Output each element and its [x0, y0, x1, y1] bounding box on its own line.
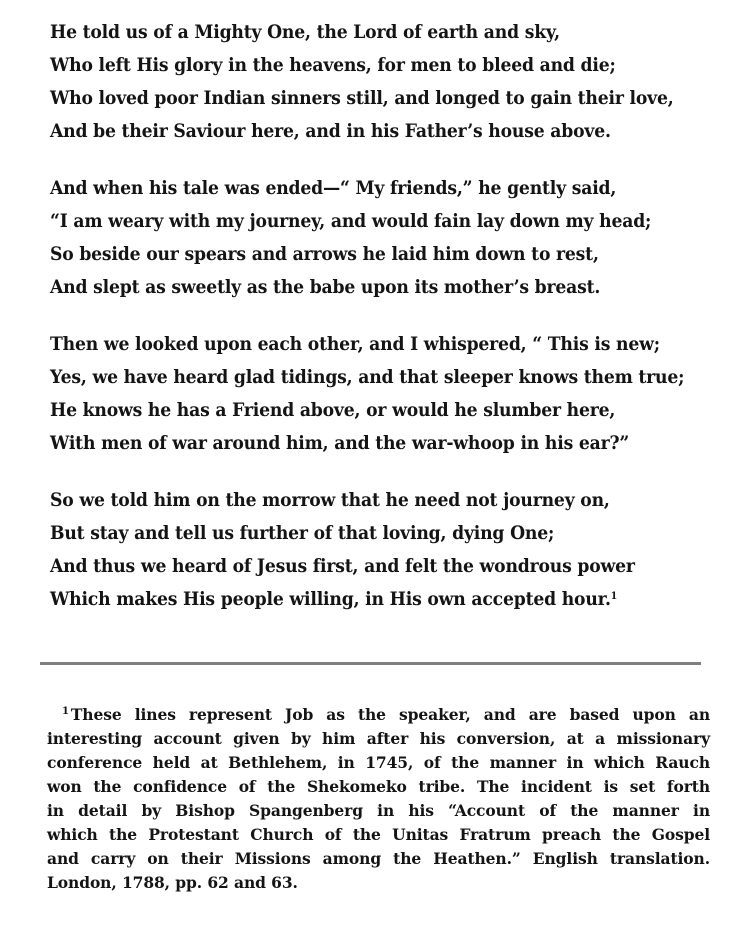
- document-page: He told us of a Mighty One, the Lord of …: [0, 0, 740, 944]
- footnote-reference[interactable]: 1: [611, 591, 617, 602]
- footnote-line: won the confidence of the Shekomeko trib…: [47, 775, 710, 799]
- poem-line: “I am weary with my journey, and would f…: [50, 205, 692, 238]
- poem-line: So we told him on the morrow that he nee…: [50, 484, 692, 517]
- poem-line: With men of war around him, and the war-…: [50, 427, 692, 460]
- stanza-1: He told us of a Mighty One, the Lord of …: [50, 16, 740, 148]
- poem-line: Who left His glory in the heavens, for m…: [50, 49, 692, 82]
- footnote-line: in detail by Bishop Spangenberg in his “…: [47, 799, 710, 823]
- poem-line: He knows he has a Friend above, or would…: [50, 394, 692, 427]
- poem-line: And slept as sweetly as the babe upon it…: [50, 271, 692, 304]
- footnote-marker: 1: [62, 706, 69, 717]
- footnote-divider: [40, 662, 701, 665]
- stanza-3: Then we looked upon each other, and I wh…: [50, 328, 740, 460]
- poem-line-text: Which makes His people willing, in His o…: [50, 589, 611, 610]
- stanza-4: So we told him on the morrow that he nee…: [50, 484, 740, 616]
- poem: He told us of a Mighty One, the Lord of …: [50, 16, 740, 640]
- footnote-line: London, 1788, pp. 62 and 63.: [47, 871, 710, 895]
- poem-line: Yes, we have heard glad tidings, and tha…: [50, 361, 692, 394]
- footnote-line-text: These lines represent Job as the speaker…: [71, 705, 710, 724]
- footnote-line: conference held at Bethlehem, in 1745, o…: [47, 751, 710, 775]
- poem-line: He told us of a Mighty One, the Lord of …: [50, 16, 692, 49]
- footnote-line: and carry on their Missions among the He…: [47, 847, 710, 871]
- footnote-line: which the Protestant Church of the Unita…: [47, 823, 710, 847]
- footnote-line: 1These lines represent Job as the speake…: [47, 703, 710, 727]
- poem-line: So beside our spears and arrows he laid …: [50, 238, 692, 271]
- poem-line: And when his tale was ended—“ My friends…: [50, 172, 692, 205]
- poem-line: Which makes His people willing, in His o…: [50, 583, 692, 616]
- poem-line: Then we looked upon each other, and I wh…: [50, 328, 692, 361]
- footnote: 1These lines represent Job as the speake…: [47, 703, 710, 895]
- stanza-2: And when his tale was ended—“ My friends…: [50, 172, 740, 304]
- poem-line: And be their Saviour here, and in his Fa…: [50, 115, 692, 148]
- poem-line: But stay and tell us further of that lov…: [50, 517, 692, 550]
- poem-line: Who loved poor Indian sinners still, and…: [50, 82, 692, 115]
- footnote-line: interesting account given by him after h…: [47, 727, 710, 751]
- poem-line: And thus we heard of Jesus first, and fe…: [50, 550, 692, 583]
